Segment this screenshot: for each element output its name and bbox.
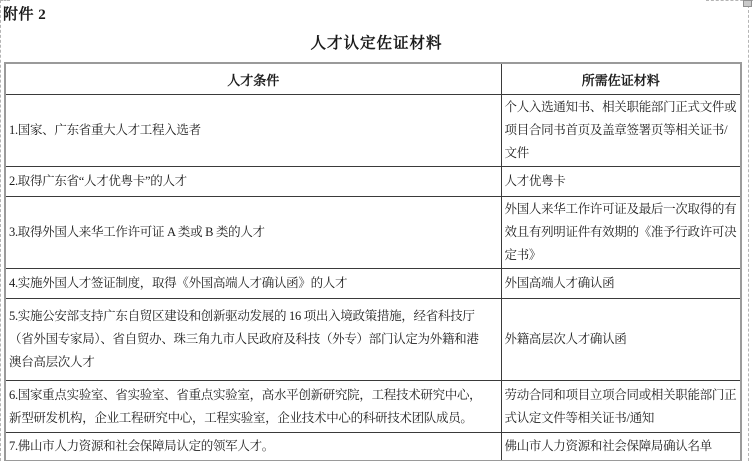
condition-cell: 6.国家重点实验室、省实验室、省重点实验室，高水平创新研究院，工程技术研究中心，… <box>5 381 501 433</box>
materials-cell: 佛山市人力资源和社会保障局确认名单 <box>501 433 741 461</box>
condition-cell: 7.佛山市人力资源和社会保障局认定的领军人才。 <box>5 433 501 461</box>
condition-cell: 3.取得外国人来华工作许可证 A 类或 B 类的人才 <box>5 197 501 269</box>
page-corner-handle <box>743 0 752 7</box>
materials-cell: 劳动合同和项目立项合同或相关职能部门正 式认定文件等相关证书/通知 <box>501 381 741 433</box>
table-header-row: 人才条件 所需佐证材料 <box>5 63 741 95</box>
text-boundary-top-left-dash <box>0 0 10 1</box>
table-row: 1.国家、广东省重大人才工程入选者 个人入选通知书、相关职能部门正式文件或 项目… <box>5 95 741 167</box>
materials-cell: 人才优粤卡 <box>501 167 741 197</box>
table-row: 3.取得外国人来华工作许可证 A 类或 B 类的人才 外国人来华工作许可证及最后… <box>5 197 741 269</box>
condition-cell: 4.实施外国人才签证制度，取得《外国高端人才确认函》的人才 <box>5 269 501 299</box>
materials-cell: 外籍高层次人才确认函 <box>501 299 741 381</box>
condition-cell: 2.取得广东省“人才优粤卡”的人才 <box>5 167 501 197</box>
table-row: 6.国家重点实验室、省实验室、省重点实验室，高水平创新研究院，工程技术研究中心，… <box>5 381 741 433</box>
text-boundary-left-dash <box>0 0 1 461</box>
header-talent-condition: 人才条件 <box>5 63 501 95</box>
attachment-label: 附件 2 <box>3 3 46 24</box>
materials-cell: 外国人来华工作许可证及最后一次取得的有 效且有列明证件有效期的《准予行政许可决 … <box>501 197 741 269</box>
condition-cell: 5.实施公安部支持广东自贸区建设和创新驱动发展的 16 项出入境政策措施，经省科… <box>5 299 501 381</box>
table-row: 5.实施公安部支持广东自贸区建设和创新驱动发展的 16 项出入境政策措施，经省科… <box>5 299 741 381</box>
page-title: 人才认定佐证材料 <box>0 31 753 53</box>
text-boundary-right-dash <box>748 0 749 461</box>
header-required-materials: 所需佐证材料 <box>501 63 741 95</box>
materials-cell: 外国高端人才确认函 <box>501 269 741 299</box>
materials-cell: 个人入选通知书、相关职能部门正式文件或 项目合同书首页及盖章签署页等相关证书/ … <box>501 95 741 167</box>
talent-materials-table: 人才条件 所需佐证材料 1.国家、广东省重大人才工程入选者 个人入选通知书、相关… <box>4 62 742 461</box>
document-page: 附件 2 人才认定佐证材料 人才条件 所需佐证材料 1.国家、广东省重大人才工程… <box>0 0 753 461</box>
table-row: 4.实施外国人才签证制度，取得《外国高端人才确认函》的人才 外国高端人才确认函 <box>5 269 741 299</box>
condition-cell: 1.国家、广东省重大人才工程入选者 <box>5 95 501 167</box>
table-row: 7.佛山市人力资源和社会保障局认定的领军人才。 佛山市人力资源和社会保障局确认名… <box>5 433 741 461</box>
table-row: 2.取得广东省“人才优粤卡”的人才 人才优粤卡 <box>5 167 741 197</box>
